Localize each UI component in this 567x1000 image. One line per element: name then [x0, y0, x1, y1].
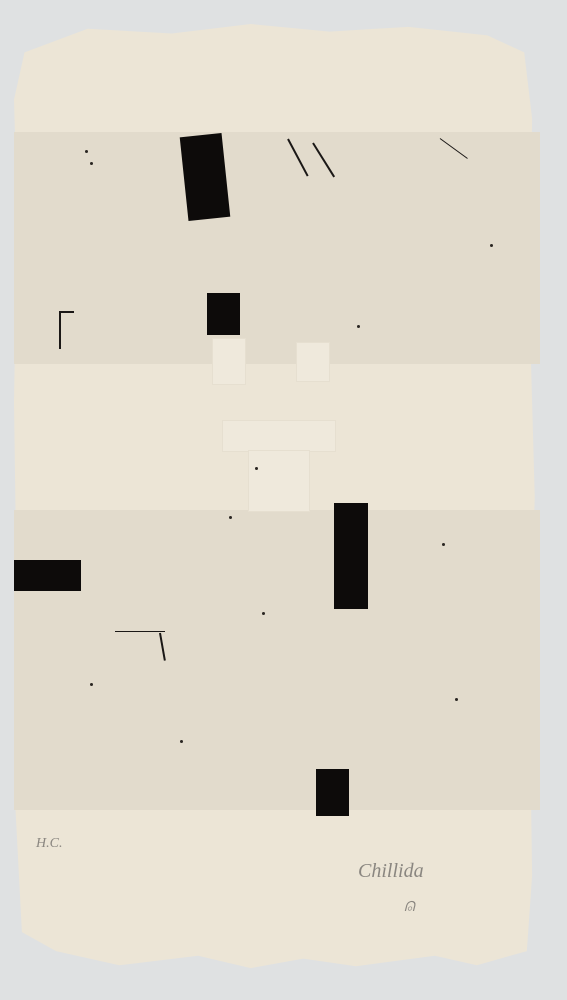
emboss-left	[212, 338, 246, 385]
ink-speck	[90, 162, 93, 165]
ink-block-2	[207, 293, 240, 335]
ink-speck	[490, 244, 493, 247]
ink-block-5	[316, 769, 349, 816]
artist-signature: Chillida	[358, 860, 424, 883]
ink-block-1	[180, 133, 231, 221]
printed-band-top	[14, 132, 540, 364]
ink-speck	[90, 683, 93, 686]
ink-stroke	[60, 311, 74, 313]
ink-stroke	[115, 631, 165, 632]
ink-speck	[229, 516, 232, 519]
emboss-stem	[248, 450, 310, 512]
ink-speck	[455, 698, 458, 701]
printed-band-bottom	[14, 510, 540, 810]
emboss-right	[296, 342, 330, 382]
emboss-bar	[222, 420, 336, 452]
ink-speck	[85, 150, 88, 153]
ink-speck	[255, 467, 258, 470]
stamp-mark: ⍝	[404, 895, 415, 916]
ink-block-4	[14, 560, 81, 591]
ink-stroke	[59, 311, 61, 349]
ink-speck	[262, 612, 265, 615]
ink-speck	[180, 740, 183, 743]
ink-speck	[442, 543, 445, 546]
edition-annotation: H.C.	[36, 836, 62, 852]
ink-block-3	[334, 503, 368, 609]
ink-speck	[357, 325, 360, 328]
